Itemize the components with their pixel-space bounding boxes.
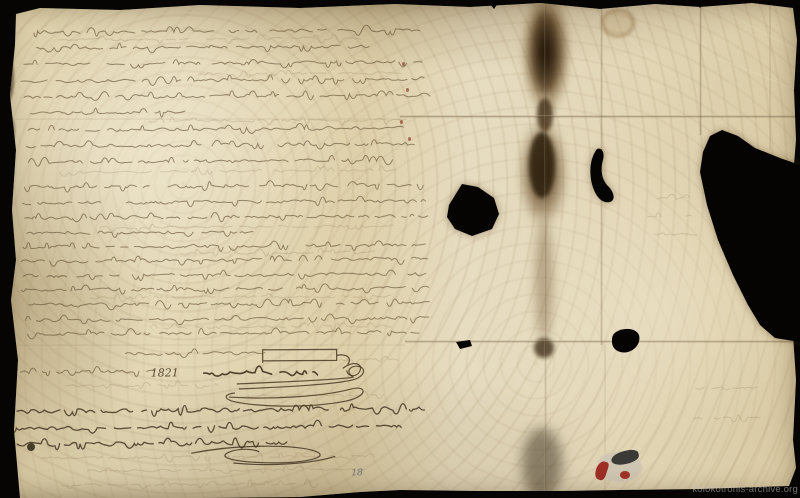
manuscript-scan: 1821 18 kolokotronis-archive.org (0, 0, 800, 498)
torn-slit (456, 340, 472, 349)
paper-holes-layer (0, 0, 800, 498)
top-edge-notch (487, 0, 500, 9)
watermark-text: kolokotronis-archive.org (692, 484, 798, 495)
torn-hole-center (447, 184, 499, 236)
torn-hole-crescent (590, 149, 613, 203)
torn-hole-small (612, 329, 639, 353)
torn-bite-right-edge (700, 130, 800, 342)
top-edge-notch (694, 0, 706, 8)
